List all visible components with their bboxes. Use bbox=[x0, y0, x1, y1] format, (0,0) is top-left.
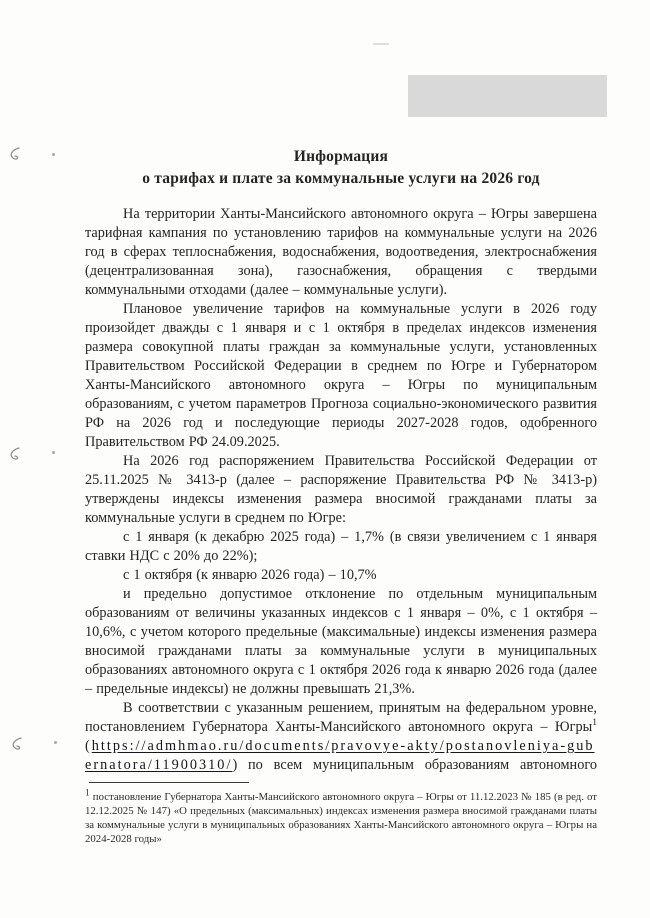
margin-dot-mark bbox=[52, 451, 55, 454]
paragraph-max-deviation: и предельно допустимое отклонение по отд… bbox=[85, 585, 597, 699]
paragraph-government-order: На 2026 год распоряжением Правительства … bbox=[85, 452, 597, 528]
footnote-body: постановление Губернатора Ханты-Мансийск… bbox=[85, 791, 597, 845]
footnote-marker: 1 bbox=[85, 788, 90, 798]
final-paragraph-text-before: В соответствии с указанным решением, при… bbox=[85, 700, 597, 735]
paragraph-january-index: с 1 января (к декабрю 2025 года) – 1,7% … bbox=[85, 528, 597, 566]
footnote-separator-rule bbox=[89, 782, 249, 783]
footnote-text: 1 постановление Губернатора Ханты-Мансий… bbox=[85, 790, 597, 846]
footnote-reference-superscript: 1 bbox=[592, 718, 597, 728]
paragraph-october-index: с 1 октября (к январю 2026 года) – 10,7% bbox=[85, 566, 597, 585]
margin-dot-mark bbox=[52, 153, 55, 156]
redacted-area bbox=[408, 75, 607, 117]
scanned-document-page: Информация о тарифах и плате за коммунал… bbox=[0, 0, 650, 918]
close-paren: ) bbox=[232, 757, 237, 773]
paragraph-tariff-campaign: На территории Ханты-Мансийского автономн… bbox=[85, 205, 597, 300]
margin-squiggle-mark bbox=[9, 736, 25, 754]
title-line-2: о тарифах и плате за коммунальные услуги… bbox=[85, 168, 597, 190]
open-paren: ( bbox=[85, 738, 92, 754]
margin-dot-mark bbox=[54, 741, 57, 744]
document-title: Информация о тарифах и плате за коммунал… bbox=[85, 146, 597, 190]
scan-artifact-dash bbox=[373, 43, 389, 45]
final-paragraph-text-after: по всем муниципальным образованиям автон… bbox=[248, 757, 597, 773]
document-content: Информация о тарифах и плате за коммунал… bbox=[85, 146, 597, 775]
margin-squiggle-mark bbox=[7, 446, 23, 464]
footnote-block: 1 постановление Губернатора Ханты-Мансий… bbox=[85, 782, 597, 846]
title-line-1: Информация bbox=[85, 146, 597, 168]
paragraph-planned-increase: Плановое увеличение тарифов на коммуналь… bbox=[85, 300, 597, 452]
margin-squiggle-mark bbox=[7, 146, 23, 164]
paragraph-governor-decree: В соответствии с указанным решением, при… bbox=[85, 699, 597, 775]
